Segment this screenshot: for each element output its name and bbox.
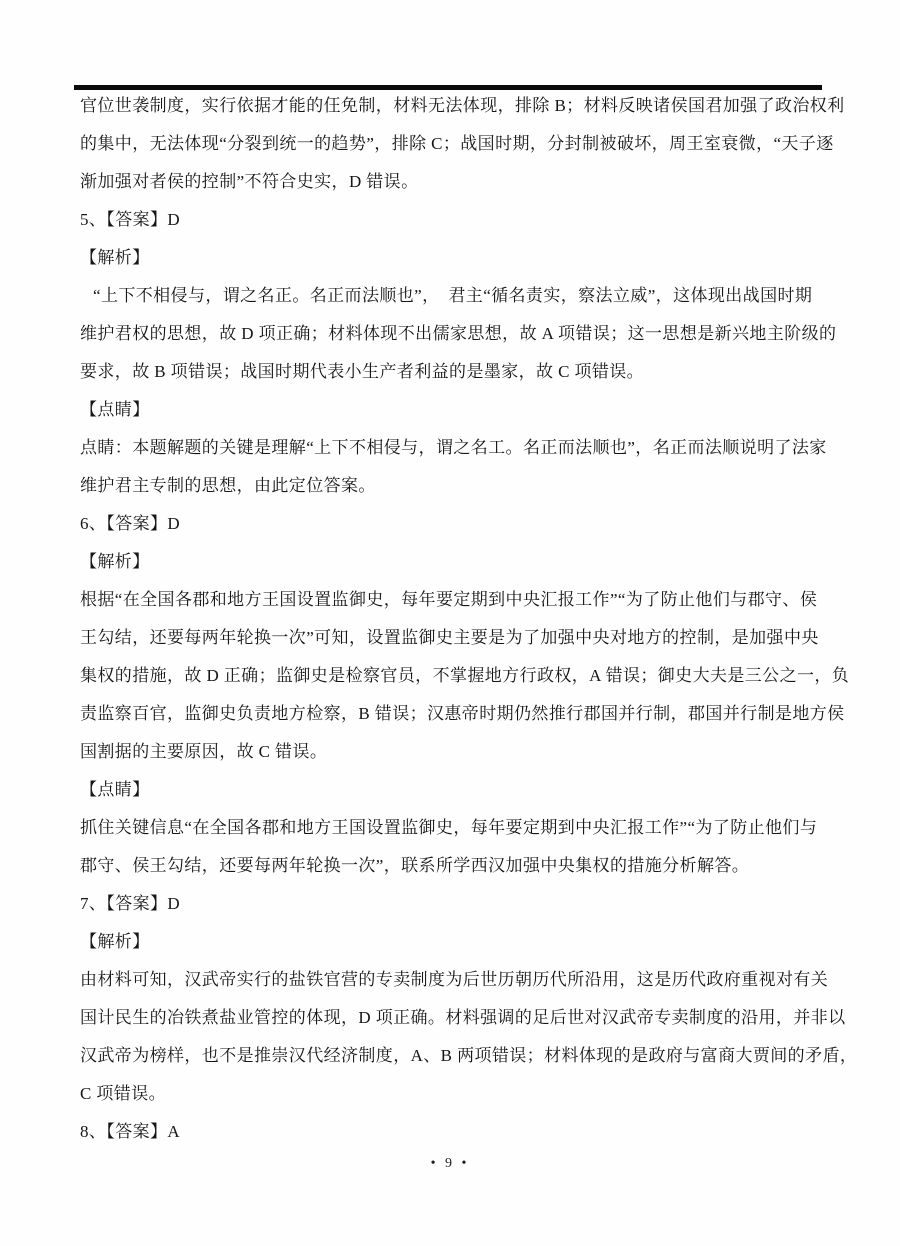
analysis-label: 【解析】	[80, 923, 828, 961]
text-line: 的集中，无法体现“分裂到统一的趋势”，排除 C；战国时期，分封制被破坏，周王室衰…	[80, 125, 828, 163]
tip-label: 【点睛】	[80, 391, 828, 429]
answer-label: 5、【答案】D	[80, 201, 828, 239]
text-line: 维护君主专制的思想，由此定位答案。	[80, 467, 828, 505]
question-7-block: 7、【答案】D 【解析】 由材料可知，汉武帝实行的盐铁官营的专卖制度为后世历朝历…	[80, 885, 828, 1113]
text-line: 国割据的主要原因，故 C 错误。	[80, 733, 828, 771]
text-line: “上下不相侵与，谓之名正。名正而法顺也”， 君主“循名责实，察法立威”，这体现出…	[80, 277, 828, 315]
text-line: 国计民生的冶铁煮盐业管控的体现，D 项正确。材料强调的足后世对汉武帝专卖制度的沿…	[80, 999, 828, 1037]
text-line: 渐加强对者侯的控制”不符合史实，D 错误。	[80, 163, 828, 201]
analysis-label: 【解析】	[80, 239, 828, 277]
document-page: 官位世袭制度，实行依据才能的仼免制，材料无法体现，排除 B；材料反映诸侯国君加强…	[0, 0, 900, 1246]
answer-label: 7、【答案】D	[80, 885, 828, 923]
answer-label: 8、【答案】A	[80, 1113, 828, 1151]
text-line: 责监察百官，监御史负责地方检察，B 错误；汉惠帝时期仍然推行郡国并行制，郡国并行…	[80, 695, 828, 733]
text-line: 抓住关键信息“在全国各郡和地方王国设置监御史，每年要定期到中央汇报工作”“为了防…	[80, 809, 828, 847]
text-line: C 项错误。	[80, 1075, 828, 1113]
text-line: 汉武帝为榜样，也不是推崇汉代经济制度，A、B 两项错误；材料体现的是政府与富商大…	[80, 1037, 828, 1075]
question-6-block: 6、【答案】D 【解析】 根据“在全国各郡和地方王国设置监御史，每年要定期到中央…	[80, 505, 828, 885]
text-line: 要求，故 B 项错误；战国时期代表小生产者利益的是墨家，故 C 项错误。	[80, 353, 828, 391]
text-line: 点睛：本题解题的关键是理解“上下不相侵与，谓之名工。名正而法顺也”，名正而法顺说…	[80, 429, 828, 467]
question-5-block: 5、【答案】D 【解析】 “上下不相侵与，谓之名正。名正而法顺也”， 君主“循名…	[80, 201, 828, 505]
text-line: 官位世袭制度，实行依据才能的仼免制，材料无法体现，排除 B；材料反映诸侯国君加强…	[80, 87, 828, 125]
question-8-block: 8、【答案】A	[80, 1113, 828, 1151]
text-line: 郡守、侯王勾结，还要每两年轮换一次”，联系所学西汉加强中央集权的措施分析解答。	[80, 847, 828, 885]
text-line: 王勾结，还要每两年轮换一次”可知，设置监御史主要是为了加强中央对地方的控制，是加…	[80, 619, 828, 657]
page-content: 官位世袭制度，实行依据才能的仼免制，材料无法体现，排除 B；材料反映诸侯国君加强…	[80, 87, 828, 1151]
text-line: 根据“在全国各郡和地方王国设置监御史，每年要定期到中央汇报工作”“为了防止他们与…	[80, 581, 828, 619]
text-line: 维护君权的思想，故 D 项正确；材料体现不出儒家思想，故 A 项错误；这一思想是…	[80, 315, 828, 353]
analysis-label: 【解析】	[80, 543, 828, 581]
tip-label: 【点睛】	[80, 771, 828, 809]
text-line: 由材料可知，汉武帝实行的盐铁官营的专卖制度为后世历朝历代所沿用，这是历代政府重视…	[80, 961, 828, 999]
page-number: • 9 •	[0, 1156, 900, 1172]
question-4-continuation: 官位世袭制度，实行依据才能的仼免制，材料无法体现，排除 B；材料反映诸侯国君加强…	[80, 87, 828, 201]
answer-label: 6、【答案】D	[80, 505, 828, 543]
text-line: 集权的措施，故 D 正确；监御史是检察官员，不掌握地方行政权，A 错误；御史大夫…	[80, 657, 828, 695]
